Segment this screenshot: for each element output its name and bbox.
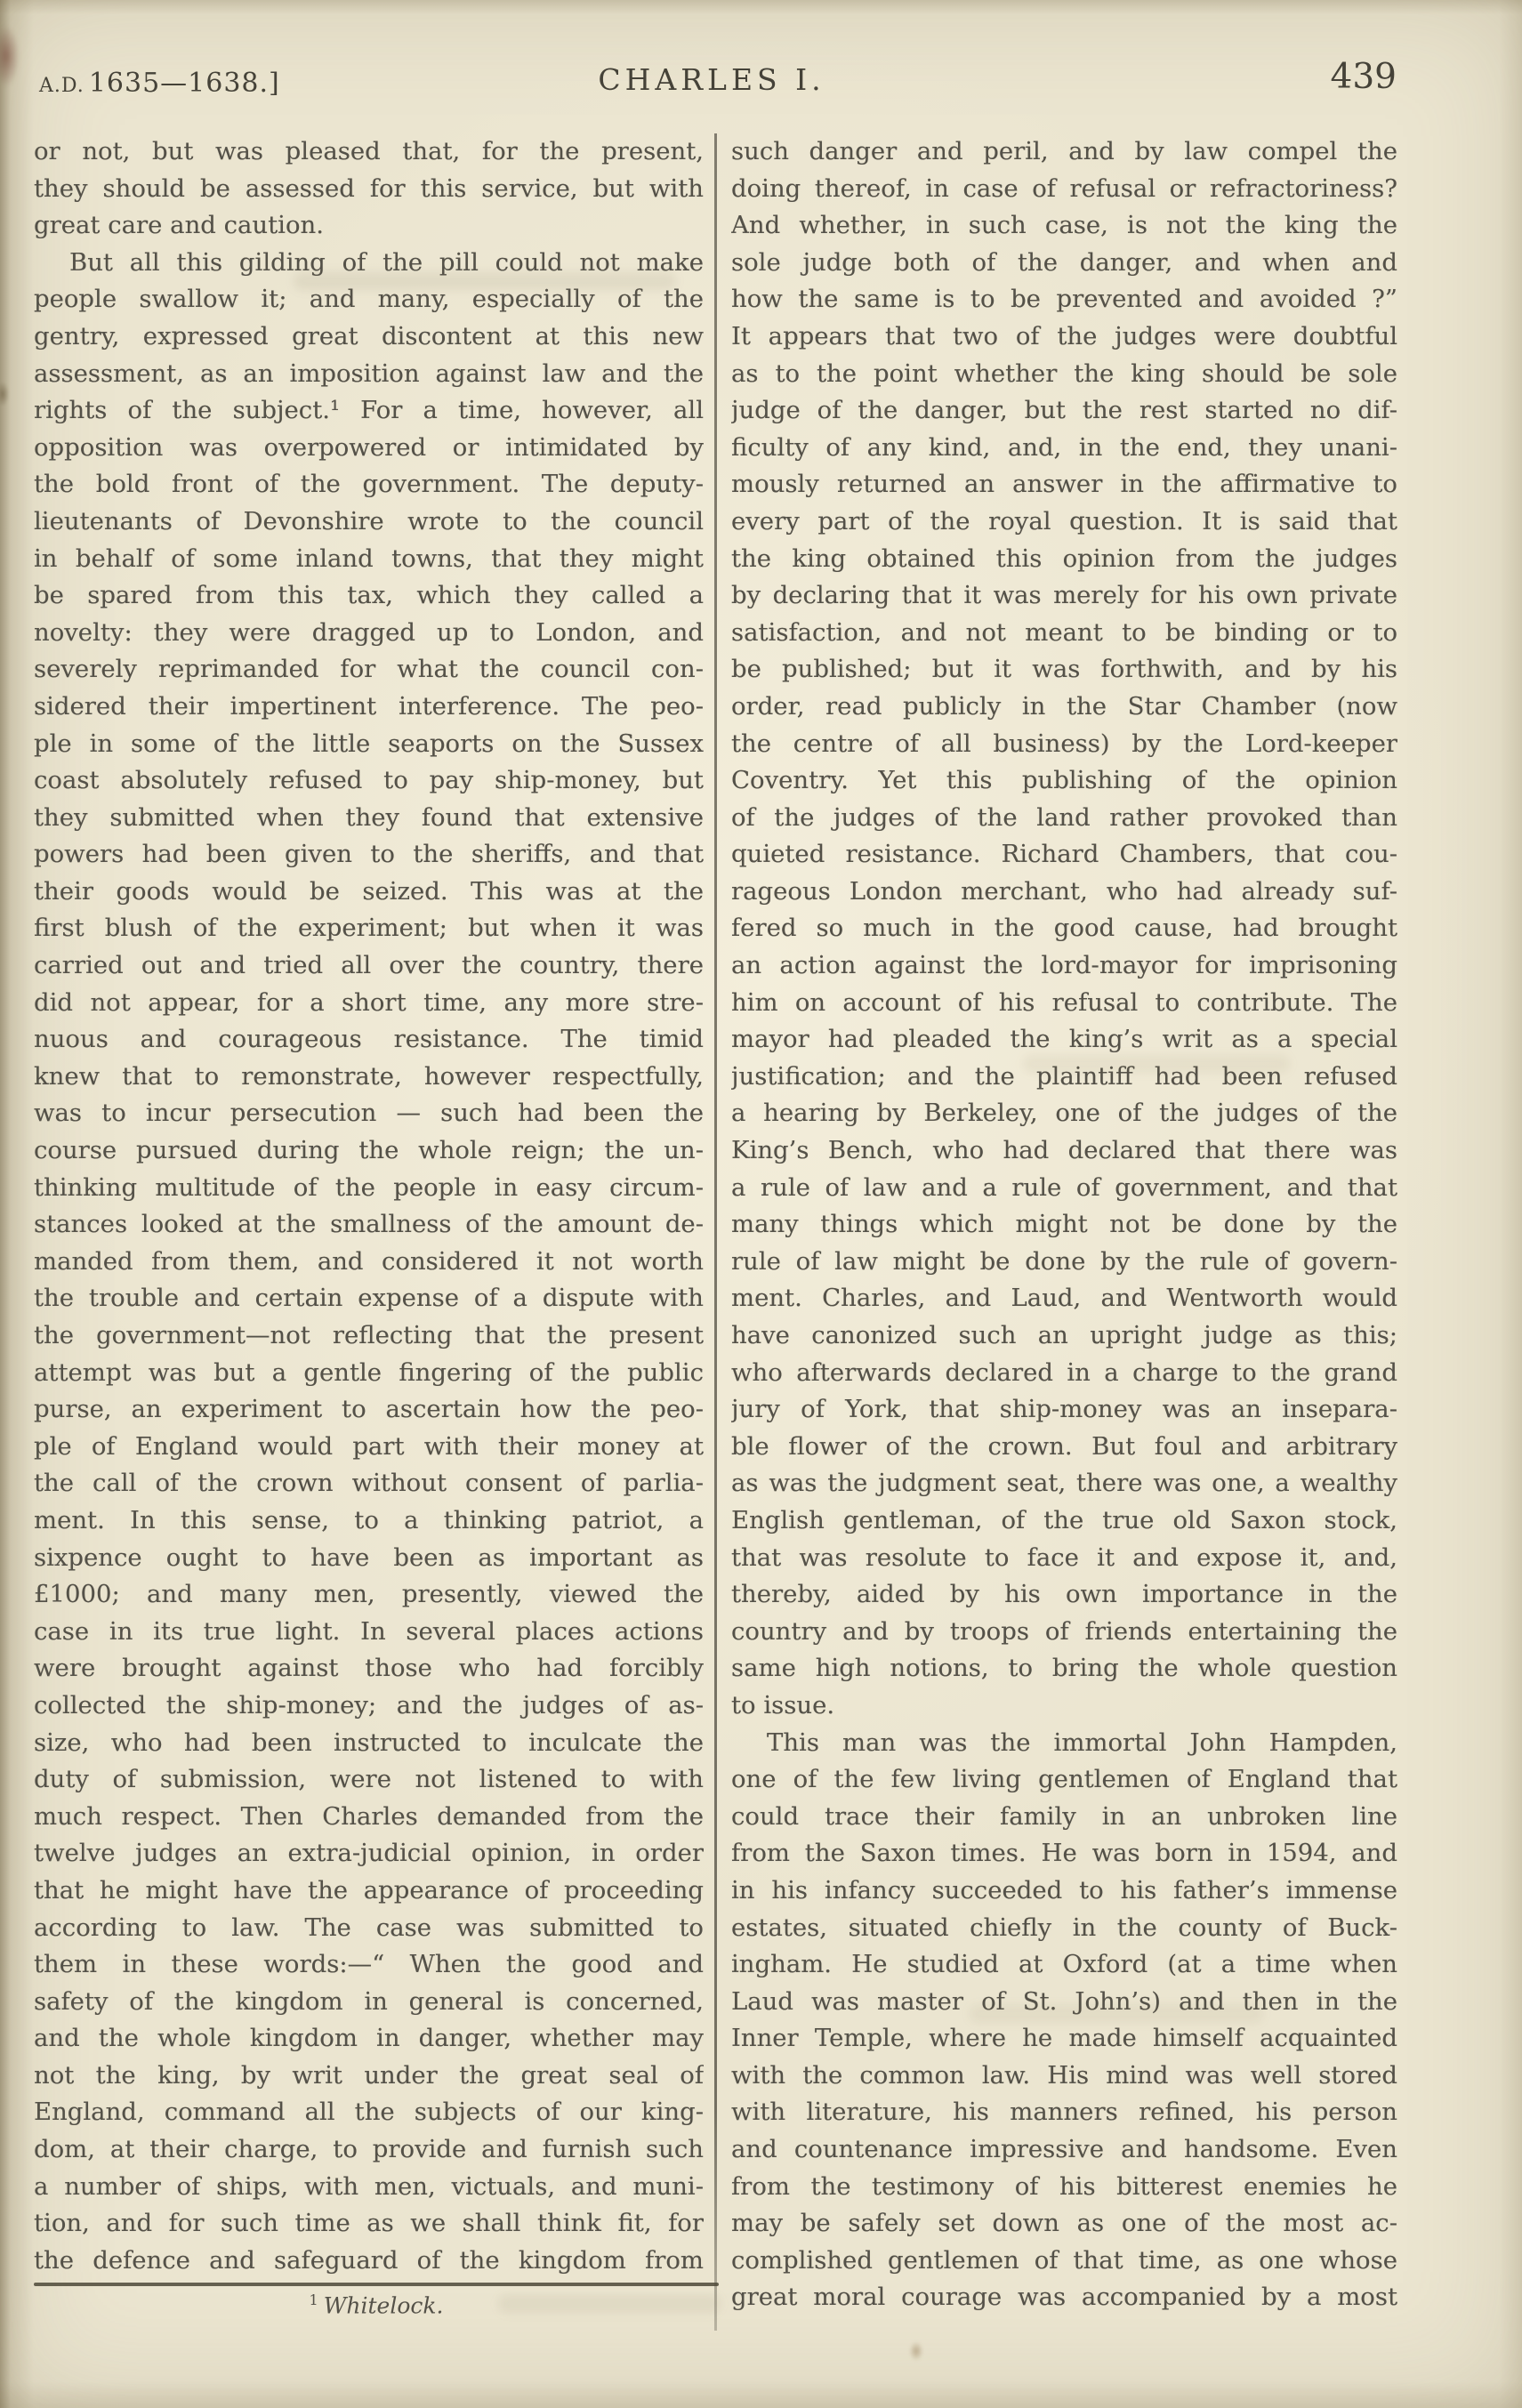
text-line: and countenance impressive and handsome.… — [731, 2131, 1397, 2169]
text-line: how the same is to be prevented and avoi… — [731, 281, 1397, 318]
ghost-smudge — [1023, 1055, 1290, 1073]
text-line: case in its true light. In several place… — [34, 1614, 704, 1651]
ghost-smudge — [294, 272, 676, 290]
text-line: from the Saxon times. He was born in 159… — [731, 1835, 1397, 1872]
text-line: could trace their family in an unbroken … — [731, 1799, 1397, 1836]
text-line: rageous London merchant, who had already… — [731, 874, 1397, 911]
page-number: 439 — [1263, 57, 1397, 97]
text-line: lieutenants of Devonshire wrote to the c… — [34, 503, 704, 541]
text-line: carried out and tried all over the count… — [34, 947, 704, 985]
text-line: satisfaction, and not meant to be bindin… — [731, 615, 1397, 652]
text-line: duty of submission, were not listened to… — [34, 1761, 704, 1799]
text-line: in his infancy succeeded to his father’s… — [731, 1872, 1397, 1910]
text-line: judge of the danger, but the rest starte… — [731, 392, 1397, 430]
text-line: ment. In this sense, to a thinking patri… — [34, 1502, 704, 1540]
text-line: stances looked at the smallness of the a… — [34, 1206, 704, 1244]
text-column-right: such danger and peril, and by law compel… — [731, 133, 1397, 2316]
text-line: sixpence ought to have been as important… — [34, 1540, 704, 1577]
text-line: gentry, expressed great discontent at th… — [34, 318, 704, 356]
text-line: have canonized such an upright judge as … — [731, 1317, 1397, 1355]
page-header: A.D. 1635—1638.] CHARLES I. 439 — [0, 0, 1522, 107]
text-line: This man was the immortal John Hampden, — [731, 1725, 1397, 1762]
text-line: ble flower of the crown. But foul and ar… — [731, 1429, 1397, 1466]
text-line: as to the point whether the king should … — [731, 356, 1397, 393]
text-line: was to incur persecution — such had been… — [34, 1095, 704, 1132]
text-line: dom, at their charge, to provide and fur… — [34, 2131, 704, 2169]
text-line: doing thereof, in case of refusal or ref… — [731, 171, 1397, 208]
text-line: English gentleman, of the true old Saxon… — [731, 1502, 1397, 1540]
text-line: ment. Charles, and Laud, and Wentworth w… — [731, 1280, 1397, 1317]
text-line: ingham. He studied at Oxford (at a time … — [731, 1946, 1397, 1984]
text-line: that was resolute to face it and expose … — [731, 1540, 1397, 1577]
text-line: ple of England would part with their mon… — [34, 1429, 704, 1466]
text-line: rights of the subject.¹ For a time, howe… — [34, 392, 704, 430]
text-line: may be safely set down as one of the mos… — [731, 2205, 1397, 2243]
text-line: same high notions, to bring the whole qu… — [731, 1650, 1397, 1687]
text-line: that he might have the appearance of pro… — [34, 1872, 704, 1910]
text-line: attempt was but a gentle fingering of th… — [34, 1355, 704, 1392]
text-line: country and by troops of friends enterta… — [731, 1614, 1397, 1651]
header-date-range: A.D. 1635—1638.] — [39, 68, 280, 99]
text-line: the bold front of the government. The de… — [34, 466, 704, 503]
text-line: It appears that two of the judges were d… — [731, 318, 1397, 356]
paper-speck — [909, 2341, 923, 2361]
text-line: were brought against those who had forci… — [34, 1650, 704, 1687]
text-line: King’s Bench, who had declared that ther… — [731, 1132, 1397, 1170]
text-line: their goods would be seized. This was at… — [34, 874, 704, 911]
text-line: great care and caution. — [34, 207, 704, 245]
text-line: such danger and peril, and by law compel… — [731, 133, 1397, 171]
text-line: nuous and courageous resistance. The tim… — [34, 1021, 704, 1059]
text-line: Inner Temple, where he made himself acqu… — [731, 2020, 1397, 2058]
text-line: to issue. — [731, 1687, 1397, 1725]
footnote-marker: 1 — [310, 2291, 318, 2308]
text-line: thinking multitude of the people in easy… — [34, 1170, 704, 1207]
text-line: opposition was overpowered or intimidate… — [34, 430, 704, 467]
text-line: coast absolutely refused to pay ship-mon… — [34, 762, 704, 800]
text-line: did not appear, for a short time, any mo… — [34, 985, 704, 1022]
text-line: be published; but it was forthwith, and … — [731, 651, 1397, 689]
text-line: And whether, in such case, is not the ki… — [731, 207, 1397, 245]
text-line: first blush of the experiment; but when … — [34, 910, 704, 947]
text-line: mayor had pleaded the king’s writ as a s… — [731, 1021, 1397, 1059]
text-line: with the common law. His mind was well s… — [731, 2058, 1397, 2095]
text-line: sidered their impertinent interference. … — [34, 689, 704, 726]
text-line: purse, an experiment to ascertain how th… — [34, 1391, 704, 1429]
text-line: a rule of law and a rule of government, … — [731, 1170, 1397, 1207]
text-line: the call of the crown without consent of… — [34, 1465, 704, 1502]
text-line: him on account of his refusal to contrib… — [731, 985, 1397, 1022]
text-line: according to law. The case was submitted… — [34, 1910, 704, 1947]
ghost-smudge — [498, 2295, 721, 2313]
text-line: and the whole kingdom in danger, whether… — [34, 2020, 704, 2058]
text-line: who afterwards declared in a charge to t… — [731, 1355, 1397, 1392]
text-column-left: or not, but was pleased that, for the pr… — [34, 133, 704, 2279]
text-line: a hearing by Berkeley, one of the judges… — [731, 1095, 1397, 1132]
ink-blotch — [0, 25, 20, 87]
text-line: them in these words:—“ When the good and — [34, 1946, 704, 1984]
text-line: the government—not reflecting that the p… — [34, 1317, 704, 1355]
footnote-source: Whitelock. — [324, 2292, 444, 2318]
text-line: ficulty of any kind, and, in the end, th… — [731, 430, 1397, 467]
text-line: knew that to remonstrate, however respec… — [34, 1059, 704, 1096]
text-line: as was the judgment seat, there was one,… — [731, 1465, 1397, 1502]
column-divider-rule — [714, 133, 717, 2331]
text-line: collected the ship-money; and the judges… — [34, 1687, 704, 1725]
text-line: twelve judges an extra-judicial opinion,… — [34, 1835, 704, 1872]
text-line: thereby, aided by his own importance in … — [731, 1576, 1397, 1614]
book-page: A.D. 1635—1638.] CHARLES I. 439 or not, … — [0, 0, 1522, 2408]
text-line: by declaring that it was merely for his … — [731, 577, 1397, 615]
text-line: fered so much in the good cause, had bro… — [731, 910, 1397, 947]
text-line: estates, situated chiefly in the county … — [731, 1910, 1397, 1947]
text-line: of the judges of the land rather provoke… — [731, 800, 1397, 837]
text-line: they submitted when they found that exte… — [34, 800, 704, 837]
paper-nick — [0, 383, 9, 406]
text-line: the defence and safeguard of the kingdom… — [34, 2243, 704, 2280]
text-line: great moral courage was accompanied by a… — [731, 2279, 1397, 2316]
text-line: they should be assessed for this service… — [34, 171, 704, 208]
text-line: one of the few living gentlemen of Engla… — [731, 1761, 1397, 1799]
text-line: the trouble and certain expense of a dis… — [34, 1280, 704, 1317]
text-line: size, who had been instructed to inculca… — [34, 1725, 704, 1762]
text-line: not the king, by writ under the great se… — [34, 2058, 704, 2095]
header-era: A.D. — [39, 75, 85, 97]
text-line: ple in some of the little seaports on th… — [34, 726, 704, 763]
ghost-smudge — [970, 2005, 1263, 2023]
text-line: every part of the royal question. It is … — [731, 503, 1397, 541]
header-years: 1635—1638.] — [89, 68, 280, 99]
text-line: sole judge both of the danger, and when … — [731, 245, 1397, 282]
text-line: England, command all the subjects of our… — [34, 2094, 704, 2131]
text-line: novelty: they were dragged up to London,… — [34, 615, 704, 652]
text-line: jury of York, that ship-money was an ins… — [731, 1391, 1397, 1429]
running-title: CHARLES I. — [267, 62, 1156, 97]
text-line: complished gentlemen of that time, as on… — [731, 2243, 1397, 2280]
text-line: many things which might not be done by t… — [731, 1206, 1397, 1244]
text-line: course pursued during the whole reign; t… — [34, 1132, 704, 1170]
text-line: rule of law might be done by the rule of… — [731, 1244, 1397, 1281]
text-line: manded from them, and considered it not … — [34, 1244, 704, 1281]
text-line: powers had been given to the sheriffs, a… — [34, 836, 704, 874]
text-line: Coventry. Yet this publishing of the opi… — [731, 762, 1397, 800]
footnote-separator-rule — [34, 2283, 719, 2286]
text-line: £1000; and many men, presently, viewed t… — [34, 1576, 704, 1614]
text-line: an action against the lord-mayor for imp… — [731, 947, 1397, 985]
text-line: much respect. Then Charles demanded from… — [34, 1799, 704, 1836]
text-line: assessment, as an imposition against law… — [34, 356, 704, 393]
text-line: be spared from this tax, which they call… — [34, 577, 704, 615]
text-line: severely reprimanded for what the counci… — [34, 651, 704, 689]
text-line: from the testimony of his bitterest enem… — [731, 2169, 1397, 2206]
text-line: or not, but was pleased that, for the pr… — [34, 133, 704, 171]
text-line: safety of the kingdom in general is conc… — [34, 1984, 704, 2021]
text-line: the centre of all business) by the Lord-… — [731, 726, 1397, 763]
text-line: order, read publicly in the Star Chamber… — [731, 689, 1397, 726]
text-line: in behalf of some inland towns, that the… — [34, 541, 704, 578]
text-line: quieted resistance. Richard Chambers, th… — [731, 836, 1397, 874]
text-line: a number of ships, with men, victuals, a… — [34, 2169, 704, 2206]
text-line: the king obtained this opinion from the … — [731, 541, 1397, 578]
text-line: mously returned an answer in the affirma… — [731, 466, 1397, 503]
text-line: tion, and for such time as we shall thin… — [34, 2205, 704, 2243]
text-line: with literature, his manners refined, hi… — [731, 2094, 1397, 2131]
